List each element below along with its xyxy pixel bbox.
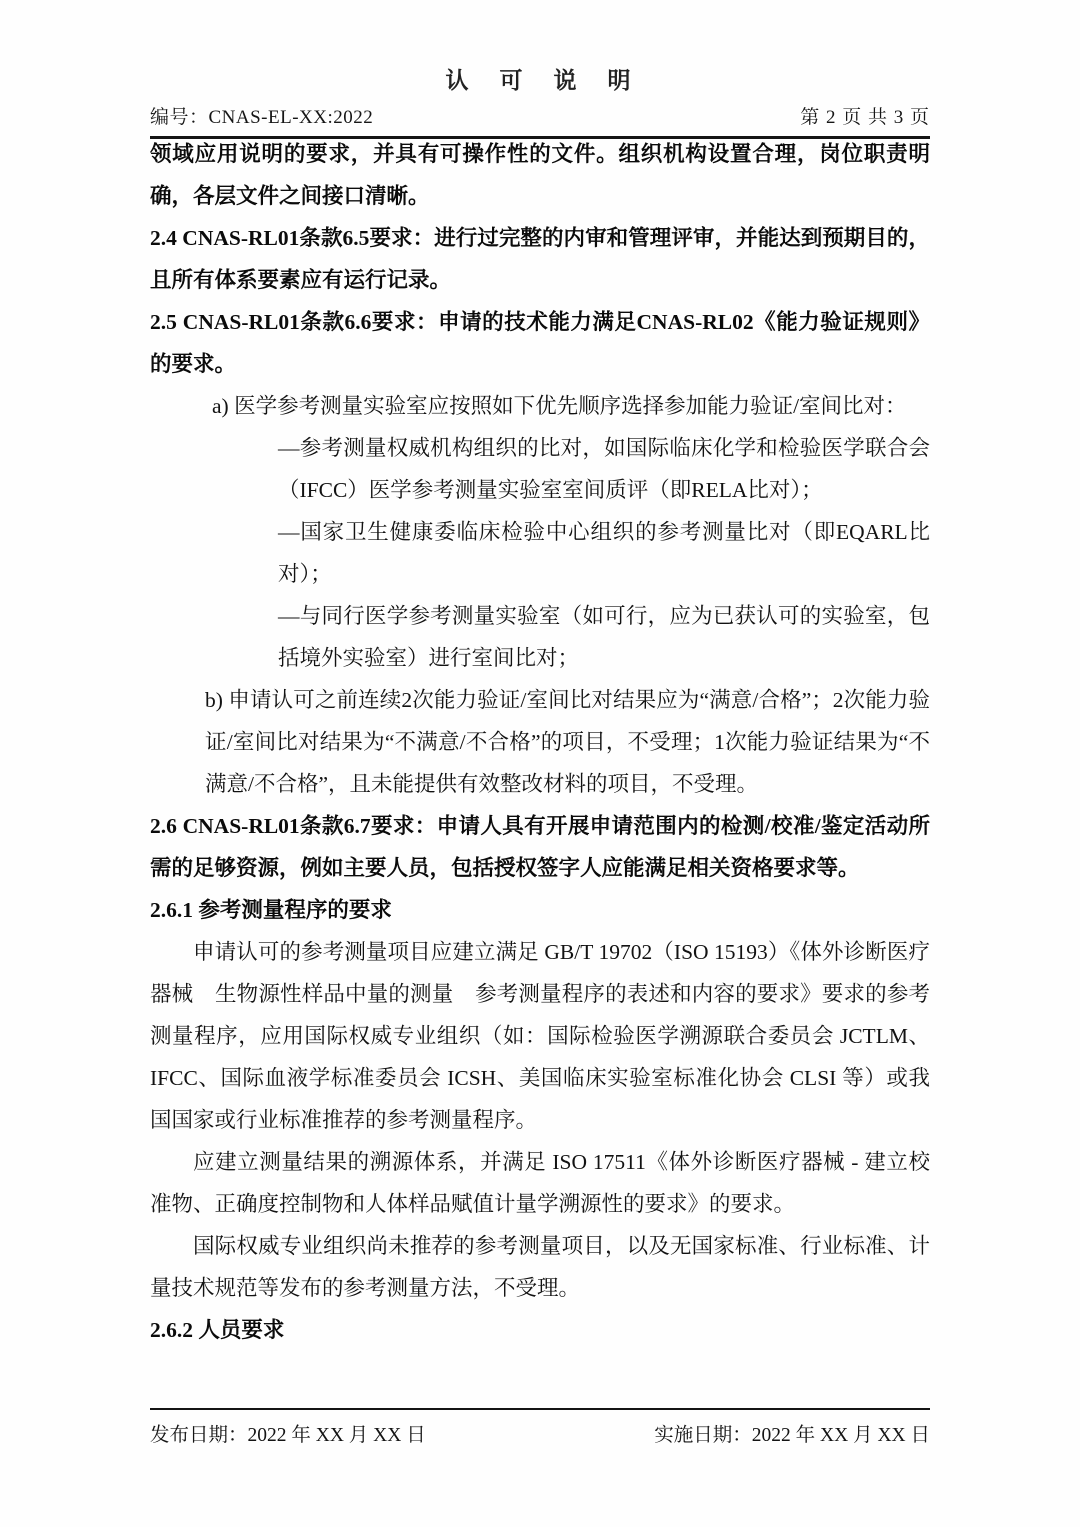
dash-item-eqarl: —国家卫生健康委临床检验中心组织的参考测量比对（即EQARL比对）； [150, 511, 930, 595]
clause-2-5: 2.5 CNAS-RL01条款6.6要求：申请的技术能力满足CNAS-RL02《… [150, 301, 930, 385]
document-number: 编号：CNAS-EL-XX:2022 [150, 102, 373, 129]
dash-item-rela: —参考测量权威机构组织的比对，如国际临床化学和检验医学联合会（IFCC）医学参考… [150, 427, 930, 511]
paragraph-continuation: 领域应用说明的要求，并具有可操作性的文件。组织机构设置合理，岗位职责明确，各层文… [150, 133, 930, 217]
paragraph-not-accepted: 国际权威专业组织尚未推荐的参考测量项目，以及无国家标准、行业标准、计量技术规范等… [150, 1225, 930, 1309]
clause-2-6: 2.6 CNAS-RL01条款6.7要求：申请人具有开展申请范围内的检测/校准/… [150, 805, 930, 889]
document-body: 领域应用说明的要求，并具有可操作性的文件。组织机构设置合理，岗位职责明确，各层文… [150, 133, 930, 1351]
list-item-a: a) 医学参考测量实验室应按照如下优先顺序选择参加能力验证/室间比对： [150, 385, 930, 427]
list-item-b: b) 申请认可之前连续2次能力验证/室间比对结果应为“满意/合格”；2次能力验证… [150, 679, 930, 805]
page-number-indicator: 第 2 页 共 3 页 [800, 102, 930, 129]
page-header: 认 可 说 明 编号：CNAS-EL-XX:2022 第 2 页 共 3 页 [150, 62, 930, 139]
document-page: 认 可 说 明 编号：CNAS-EL-XX:2022 第 2 页 共 3 页 领… [0, 0, 1080, 1527]
issue-date: 发布日期：2022 年 XX 月 XX 日 [150, 1419, 426, 1447]
clause-2-4: 2.4 CNAS-RL01条款6.5要求：进行过完整的内审和管理评审，并能达到预… [150, 217, 930, 301]
heading-2-6-1: 2.6.1 参考测量程序的要求 [150, 889, 930, 931]
heading-2-6-2: 2.6.2 人员要求 [150, 1309, 930, 1351]
paragraph-traceability: 应建立测量结果的溯源体系，并满足 ISO 17511《体外诊断医疗器械 - 建立… [150, 1141, 930, 1225]
implementation-date: 实施日期：2022 年 XX 月 XX 日 [654, 1419, 930, 1447]
dash-item-peer-lab: —与同行医学参考测量实验室（如可行，应为已获认可的实验室，包括境外实验室）进行室… [150, 595, 930, 679]
paragraph-reference-procedure: 申请认可的参考测量项目应建立满足 GB/T 19702（ISO 15193）《体… [150, 931, 930, 1141]
page-footer: 发布日期：2022 年 XX 月 XX 日 实施日期：2022 年 XX 月 X… [150, 1408, 930, 1447]
document-title: 认 可 说 明 [150, 62, 930, 95]
